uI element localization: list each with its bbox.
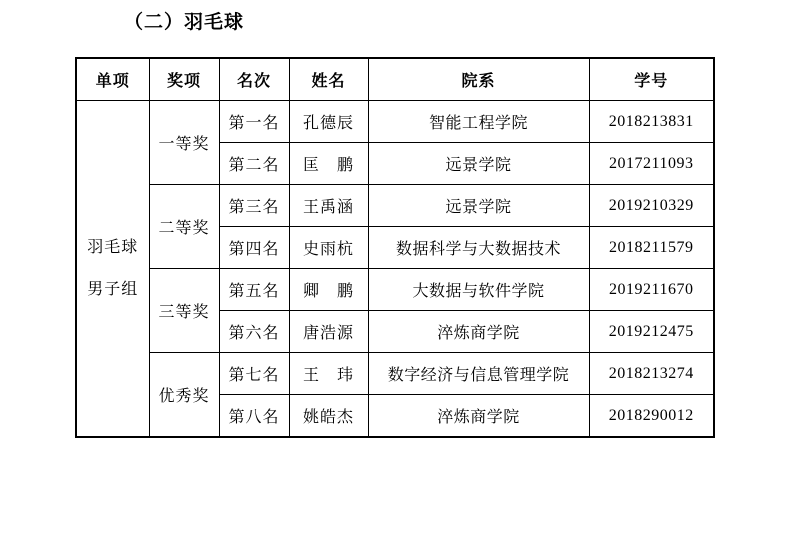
award-cell: 三等奖 [149,269,219,353]
rank-cell: 第二名 [219,143,289,185]
award-cell: 二等奖 [149,185,219,269]
name-cell: 王 玮 [289,353,368,395]
rank-cell: 第七名 [219,353,289,395]
name-cell: 王禹涵 [289,185,368,227]
student-id-cell: 2019210329 [589,185,714,227]
department-cell: 大数据与软件学院 [368,269,589,311]
department-cell: 智能工程学院 [368,101,589,143]
student-id-cell: 2019211670 [589,269,714,311]
rank-cell: 第五名 [219,269,289,311]
rank-cell: 第八名 [219,395,289,438]
student-id-cell: 2018213274 [589,353,714,395]
award-cell: 优秀奖 [149,353,219,438]
table-row: 二等奖第三名王禹涵远景学院2019210329 [76,185,714,227]
department-cell: 淬炼商学院 [368,395,589,438]
name-cell: 姚皓杰 [289,395,368,438]
header-event: 单项 [76,58,149,101]
department-cell: 远景学院 [368,143,589,185]
department-cell: 数字经济与信息管理学院 [368,353,589,395]
department-cell: 数据科学与大数据技术 [368,227,589,269]
department-cell: 远景学院 [368,185,589,227]
header-student-id: 学号 [589,58,714,101]
student-id-cell: 2018211579 [589,227,714,269]
student-id-cell: 2018213831 [589,101,714,143]
table-row: 羽毛球男子组一等奖第一名孔德辰智能工程学院2018213831 [76,101,714,143]
name-cell: 唐浩源 [289,311,368,353]
header-name: 姓名 [289,58,368,101]
table-row: 三等奖第五名卿 鹏大数据与软件学院2019211670 [76,269,714,311]
department-cell: 淬炼商学院 [368,311,589,353]
event-group: 男子组 [77,269,149,311]
name-cell: 卿 鹏 [289,269,368,311]
table-row: 优秀奖第七名王 玮数字经济与信息管理学院2018213274 [76,353,714,395]
event-name: 羽毛球 [77,227,149,269]
rank-cell: 第一名 [219,101,289,143]
header-award: 奖项 [149,58,219,101]
student-id-cell: 2019212475 [589,311,714,353]
table-header-row: 单项 奖项 名次 姓名 院系 学号 [76,58,714,101]
rank-cell: 第四名 [219,227,289,269]
header-rank: 名次 [219,58,289,101]
header-department: 院系 [368,58,589,101]
rank-cell: 第六名 [219,311,289,353]
name-cell: 匡 鹏 [289,143,368,185]
page: （二）羽毛球 单项 奖项 名次 姓名 院系 学号 羽毛球男子组一等奖第一名孔德辰… [0,0,789,547]
name-cell: 孔德辰 [289,101,368,143]
section-title: （二）羽毛球 [124,7,244,34]
student-id-cell: 2017211093 [589,143,714,185]
event-cell: 羽毛球男子组 [76,101,149,438]
name-cell: 史雨杭 [289,227,368,269]
results-table: 单项 奖项 名次 姓名 院系 学号 羽毛球男子组一等奖第一名孔德辰智能工程学院2… [75,57,715,438]
student-id-cell: 2018290012 [589,395,714,438]
rank-cell: 第三名 [219,185,289,227]
award-cell: 一等奖 [149,101,219,185]
